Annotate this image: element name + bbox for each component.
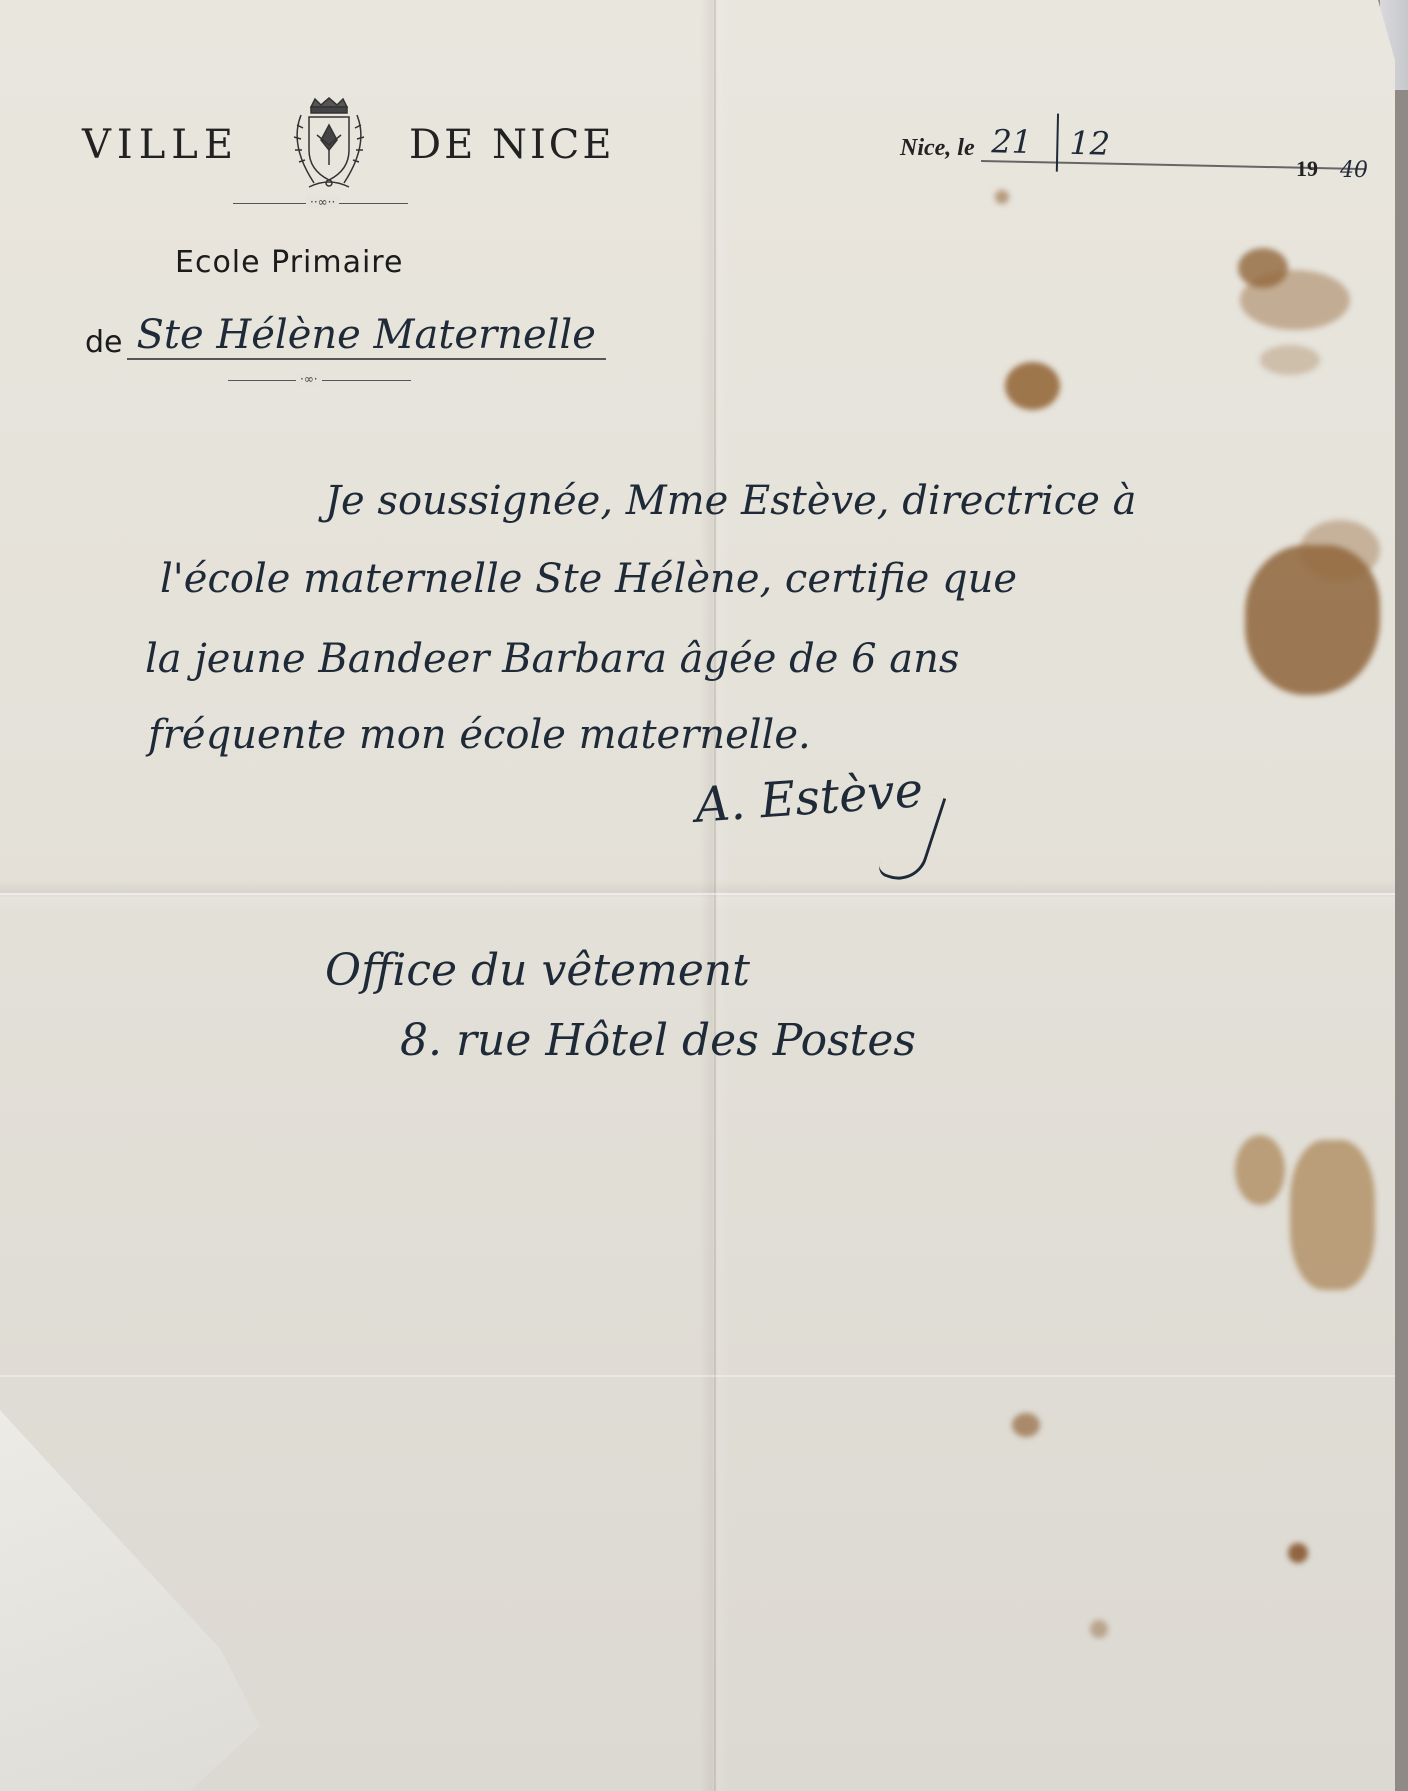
letter-sheet: VILLE DE NICE ··∞·· Nice, le 21 (0, 0, 1395, 1791)
signature: A. Estève (693, 762, 924, 834)
stain (1235, 1135, 1285, 1205)
stain (1290, 1140, 1375, 1290)
certificate-line: l'école maternelle Ste Hélène, certifie … (160, 556, 1017, 602)
certificate-line: la jeune Bandeer Barbara âgée de 6 ans (145, 636, 959, 682)
stain (1288, 1543, 1308, 1563)
address-line: 8. rue Hôtel des Postes (400, 1015, 916, 1066)
certificate-line: Je soussignée, Mme Estève, directrice à (325, 478, 1136, 524)
stain (1090, 1620, 1108, 1638)
certificate-line: fréquente mon école maternelle. (148, 712, 811, 758)
certificate-text: Je soussignée, Mme Estève, directrice à … (0, 0, 1408, 1100)
lower-fold-crease (0, 1375, 1395, 1377)
address-line: Office du vêtement (325, 945, 750, 996)
stain (1012, 1413, 1040, 1437)
